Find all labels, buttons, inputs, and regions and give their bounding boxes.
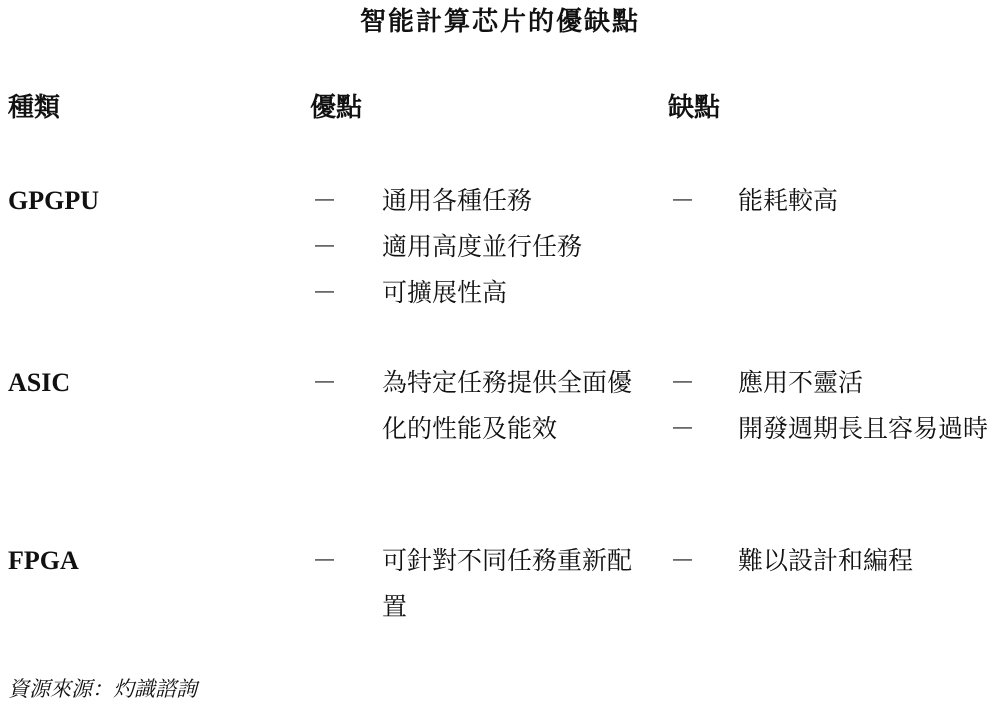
chip-type-name: FPGA [8,538,79,584]
chip-type-name: ASIC [8,360,70,406]
dash-bullet-icon: － [312,270,334,316]
dash-bullet-icon: － [312,178,334,224]
disadvantage-item: － 難以設計和編程 [668,538,1000,584]
dash-bullet-icon: － [312,538,334,584]
source-footnote: 資源來源：灼識諮詢 [8,674,197,704]
advantage-item: － 可針對不同任務重新配置 [310,538,655,630]
column-header-disadvantages: 缺點 [668,90,720,126]
advantages-list: － 為特定任務提供全面優化的性能及能效 [310,360,655,452]
dash-bullet-icon: － [670,538,692,584]
advantage-item: － 為特定任務提供全面優化的性能及能效 [310,360,655,452]
advantage-item: － 適用高度並行任務 [310,224,655,270]
column-header-advantages: 優點 [310,90,362,126]
disadvantages-list: － 難以設計和編程 [668,538,1000,584]
advantages-list: － 通用各種任務 － 適用高度並行任務 － 可擴展性高 [310,178,655,316]
advantage-item: － 通用各種任務 [310,178,655,224]
dash-bullet-icon: － [312,224,334,270]
page-title: 智能計算芯片的優缺點 [0,4,1000,40]
advantage-item: － 可擴展性高 [310,270,655,316]
disadvantages-list: － 能耗較高 [668,178,1000,224]
disadvantage-item: － 能耗較高 [668,178,1000,224]
column-header-type: 種類 [8,90,60,126]
chip-type-name: GPGPU [8,178,99,224]
disadvantage-item: － 開發週期長且容易過時 [668,406,1000,452]
advantages-list: － 可針對不同任務重新配置 [310,538,655,630]
dash-bullet-icon: － [670,360,692,406]
dash-bullet-icon: － [670,178,692,224]
disadvantages-list: － 應用不靈活 － 開發週期長且容易過時 [668,360,1000,452]
dash-bullet-icon: － [670,406,692,452]
dash-bullet-icon: － [312,360,334,406]
disadvantage-item: － 應用不靈活 [668,360,1000,406]
